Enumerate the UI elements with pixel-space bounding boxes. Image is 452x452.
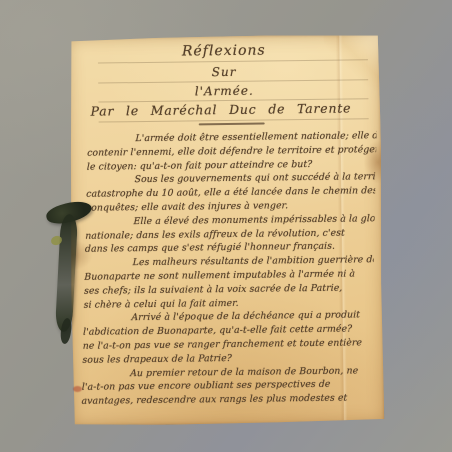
photo-background: Réflexions Sur l'Armée. Par le Maréchal … bbox=[0, 0, 452, 452]
byline-underline bbox=[199, 123, 265, 126]
manuscript-page: Réflexions Sur l'Armée. Par le Maréchal … bbox=[68, 34, 385, 426]
manuscript-line: avantages, redescendre aux rangs les plu… bbox=[81, 391, 370, 408]
manuscript-body: L'armée doit être essentiellement nation… bbox=[81, 129, 376, 409]
manuscript-title-armee: l'Armée. bbox=[68, 82, 380, 100]
red-ink-smudge bbox=[73, 386, 82, 392]
